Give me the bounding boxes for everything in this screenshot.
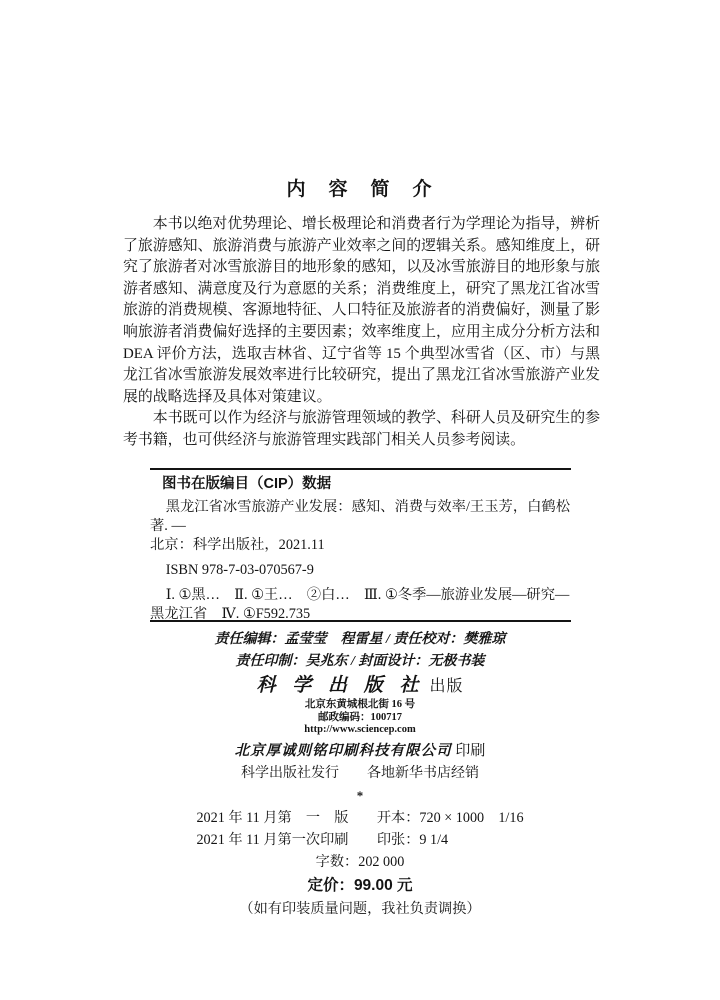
text-line: 本书既可以作为经济与旅游管理领域的教学、科研人员及研究生的参 [123, 408, 600, 430]
text-line: 响旅游者消费偏好选择的主要因素；效率维度上，应用主成分分析方法和 [123, 322, 600, 344]
text-line: 了旅游感知、旅游消费与旅游产业效率之间的逻辑关系。感知维度上，研 [123, 236, 600, 258]
price: 定价：99.00 元 [0, 875, 720, 896]
printer-suffix: 印刷 [452, 743, 486, 759]
cip-classification-cont: 黑龙江省 Ⅳ. ①F592.735 [150, 605, 571, 622]
credits-editors: 责任编辑：孟莹莹 程雷星 / 责任校对：樊雅琼 [0, 629, 720, 651]
page-title: 内 容 简 介 [0, 174, 720, 201]
publisher-name: 科 学 出 版 社 [256, 675, 424, 696]
content-introduction: 本书以绝对优势理论、增长极理论和消费者行为学理论为指导，辨析了旅游感知、旅游消费… [123, 214, 600, 452]
publisher-postcode: 邮政编码：100717 [0, 712, 720, 725]
publisher-address: 北京东黄城根北街 16 号 [0, 699, 720, 712]
book-copyright-page: 内 容 简 介 本书以绝对优势理论、增长极理论和消费者行为学理论为指导，辨析了旅… [0, 0, 720, 1000]
edition-info: 2021 年 11 月第 一 版 开本：720 × 1000 1/16 2021… [0, 807, 720, 851]
publisher-line: 科 学 出 版 社 出版 [0, 674, 720, 699]
text-line: 考书籍，也可供经济与旅游管理实践部门相关人员参考阅读。 [123, 430, 600, 452]
text-line: 龙江省冰雪旅游发展效率进行比较研究，提出了黑龙江省冰雪旅游产业发 [123, 365, 600, 387]
cip-data-box: 图书在版编目（CIP）数据 黑龙江省冰雪旅游产业发展：感知、消费与效率/王玉芳，… [150, 468, 571, 622]
word-count: 字数：202 000 [0, 851, 720, 873]
text-line: 究了旅游者对冰雪旅游目的地形象的感知，以及冰雪旅游目的地形象与旅 [123, 257, 600, 279]
publisher-suffix: 出版 [425, 678, 464, 695]
credits-printing-design: 责任印制：吴兆东 / 封面设计：无极书装 [0, 651, 720, 673]
cip-entry-title-cont: 北京：科学出版社，2021.11 [150, 536, 571, 555]
text-line: 本书以绝对优势理论、增长极理论和消费者行为学理论为指导，辨析 [123, 214, 600, 236]
cip-isbn: ISBN 978-7-03-070567-9 [150, 561, 571, 580]
distribution-line: 科学出版社发行 各地新华书店经销 [0, 764, 720, 784]
printer-name: 北京厚诚则铭印刷科技有限公司 [235, 743, 452, 759]
printing-line: 2021 年 11 月第一次印刷 印张：9 1/4 [196, 829, 523, 851]
quality-notice: （如有印装质量问题，我社负责调换） [0, 898, 720, 920]
cip-classification: Ⅰ. ①黑… Ⅱ. ①王… ②白… Ⅲ. ①冬季—旅游业发展—研究— [150, 586, 571, 605]
intro-paragraph-2: 本书既可以作为经济与旅游管理领域的教学、科研人员及研究生的参考书籍，也可供经济与… [123, 408, 600, 451]
colophon-block: 科 学 出 版 社 出版 北京东黄城根北街 16 号 邮政编码：100717 h… [0, 674, 720, 920]
text-line: 游者感知、满意度及行为意愿的关系；消费维度上，研究了黑龙江省冰雪 [123, 279, 600, 301]
printer-line: 北京厚诚则铭印刷科技有限公司 印刷 [0, 741, 720, 761]
edition-line: 2021 年 11 月第 一 版 开本：720 × 1000 1/16 [196, 807, 523, 829]
cip-entry-title: 黑龙江省冰雪旅游产业发展：感知、消费与效率/王玉芳，白鹤松著. — [150, 498, 571, 536]
text-line: 展的战略选择及具体对策建议。 [123, 387, 600, 409]
text-line: DEA 评价方法，选取吉林省、辽宁省等 15 个典型冰雪省（区、市）与黑 [123, 344, 600, 366]
text-line: 旅游的消费规模、客源地特征、人口特征及旅游者的消费偏好，测量了影 [123, 300, 600, 322]
star-divider: * [0, 789, 720, 803]
credits-block: 责任编辑：孟莹莹 程雷星 / 责任校对：樊雅琼 责任印制：吴兆东 / 封面设计：… [0, 629, 720, 673]
publisher-website: http://www.sciencep.com [0, 724, 720, 737]
intro-paragraph-1: 本书以绝对优势理论、增长极理论和消费者行为学理论为指导，辨析了旅游感知、旅游消费… [123, 214, 600, 408]
cip-heading: 图书在版编目（CIP）数据 [150, 475, 571, 494]
